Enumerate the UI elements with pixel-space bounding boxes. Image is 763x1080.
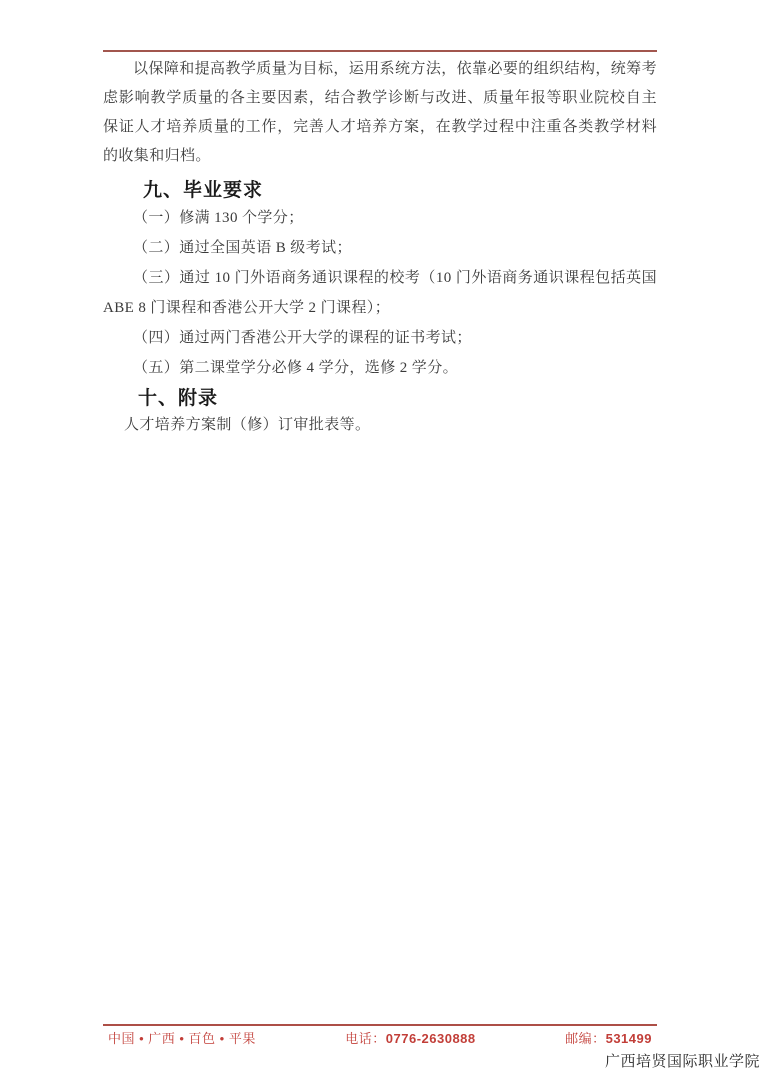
document-page: 以保障和提高教学质量为目标，运用系统方法，依靠必要的组织结构，统筹考虑影响教学质… [0, 0, 763, 1080]
footer-postcode: 邮编：531499 [565, 1028, 652, 1047]
footer-location: 中国 • 广西 • 百色 • 平果 [108, 1028, 256, 1047]
footer-postcode-number: 531499 [606, 1031, 652, 1046]
footer: 中国 • 广西 • 百色 • 平果 电话：0776-2630888 邮编：531… [103, 1028, 657, 1047]
section-10-heading: 十、附录 [138, 387, 657, 410]
graduation-item-1: （一）修满 130 个学分； [103, 203, 657, 233]
appendix-paragraph: 人才培养方案制（修）订审批表等。 [103, 411, 657, 440]
section-9-heading: 九、毕业要求 [143, 179, 657, 202]
footer-phone: 电话：0776-2630888 [345, 1028, 475, 1047]
graduation-item-5: （五）第二课堂学分必修 4 学分，选修 2 学分。 [103, 353, 657, 383]
graduation-item-2: （二）通过全国英语 B 级考试； [103, 233, 657, 263]
institution-name: 广西培贤国际职业学院 [605, 1050, 760, 1071]
footer-phone-label: 电话： [345, 1031, 386, 1046]
graduation-item-4: （四）通过两门香港公开大学的课程的证书考试； [103, 323, 657, 353]
graduation-item-3: （三）通过 10 门外语商务通识课程的校考（10 门外语商务通识课程包括英国 A… [103, 263, 657, 323]
intro-paragraph: 以保障和提高教学质量为目标，运用系统方法，依靠必要的组织结构，统筹考虑影响教学质… [103, 55, 657, 171]
footer-postcode-label: 邮编： [565, 1031, 606, 1046]
footer-phone-number: 0776-2630888 [386, 1031, 476, 1046]
graduation-requirements-list: （一）修满 130 个学分； （二）通过全国英语 B 级考试； （三）通过 10… [103, 203, 657, 383]
document-body: 以保障和提高教学质量为目标，运用系统方法，依靠必要的组织结构，统筹考虑影响教学质… [103, 0, 657, 440]
header-divider-line [103, 50, 657, 52]
footer-divider-line [103, 1024, 657, 1026]
